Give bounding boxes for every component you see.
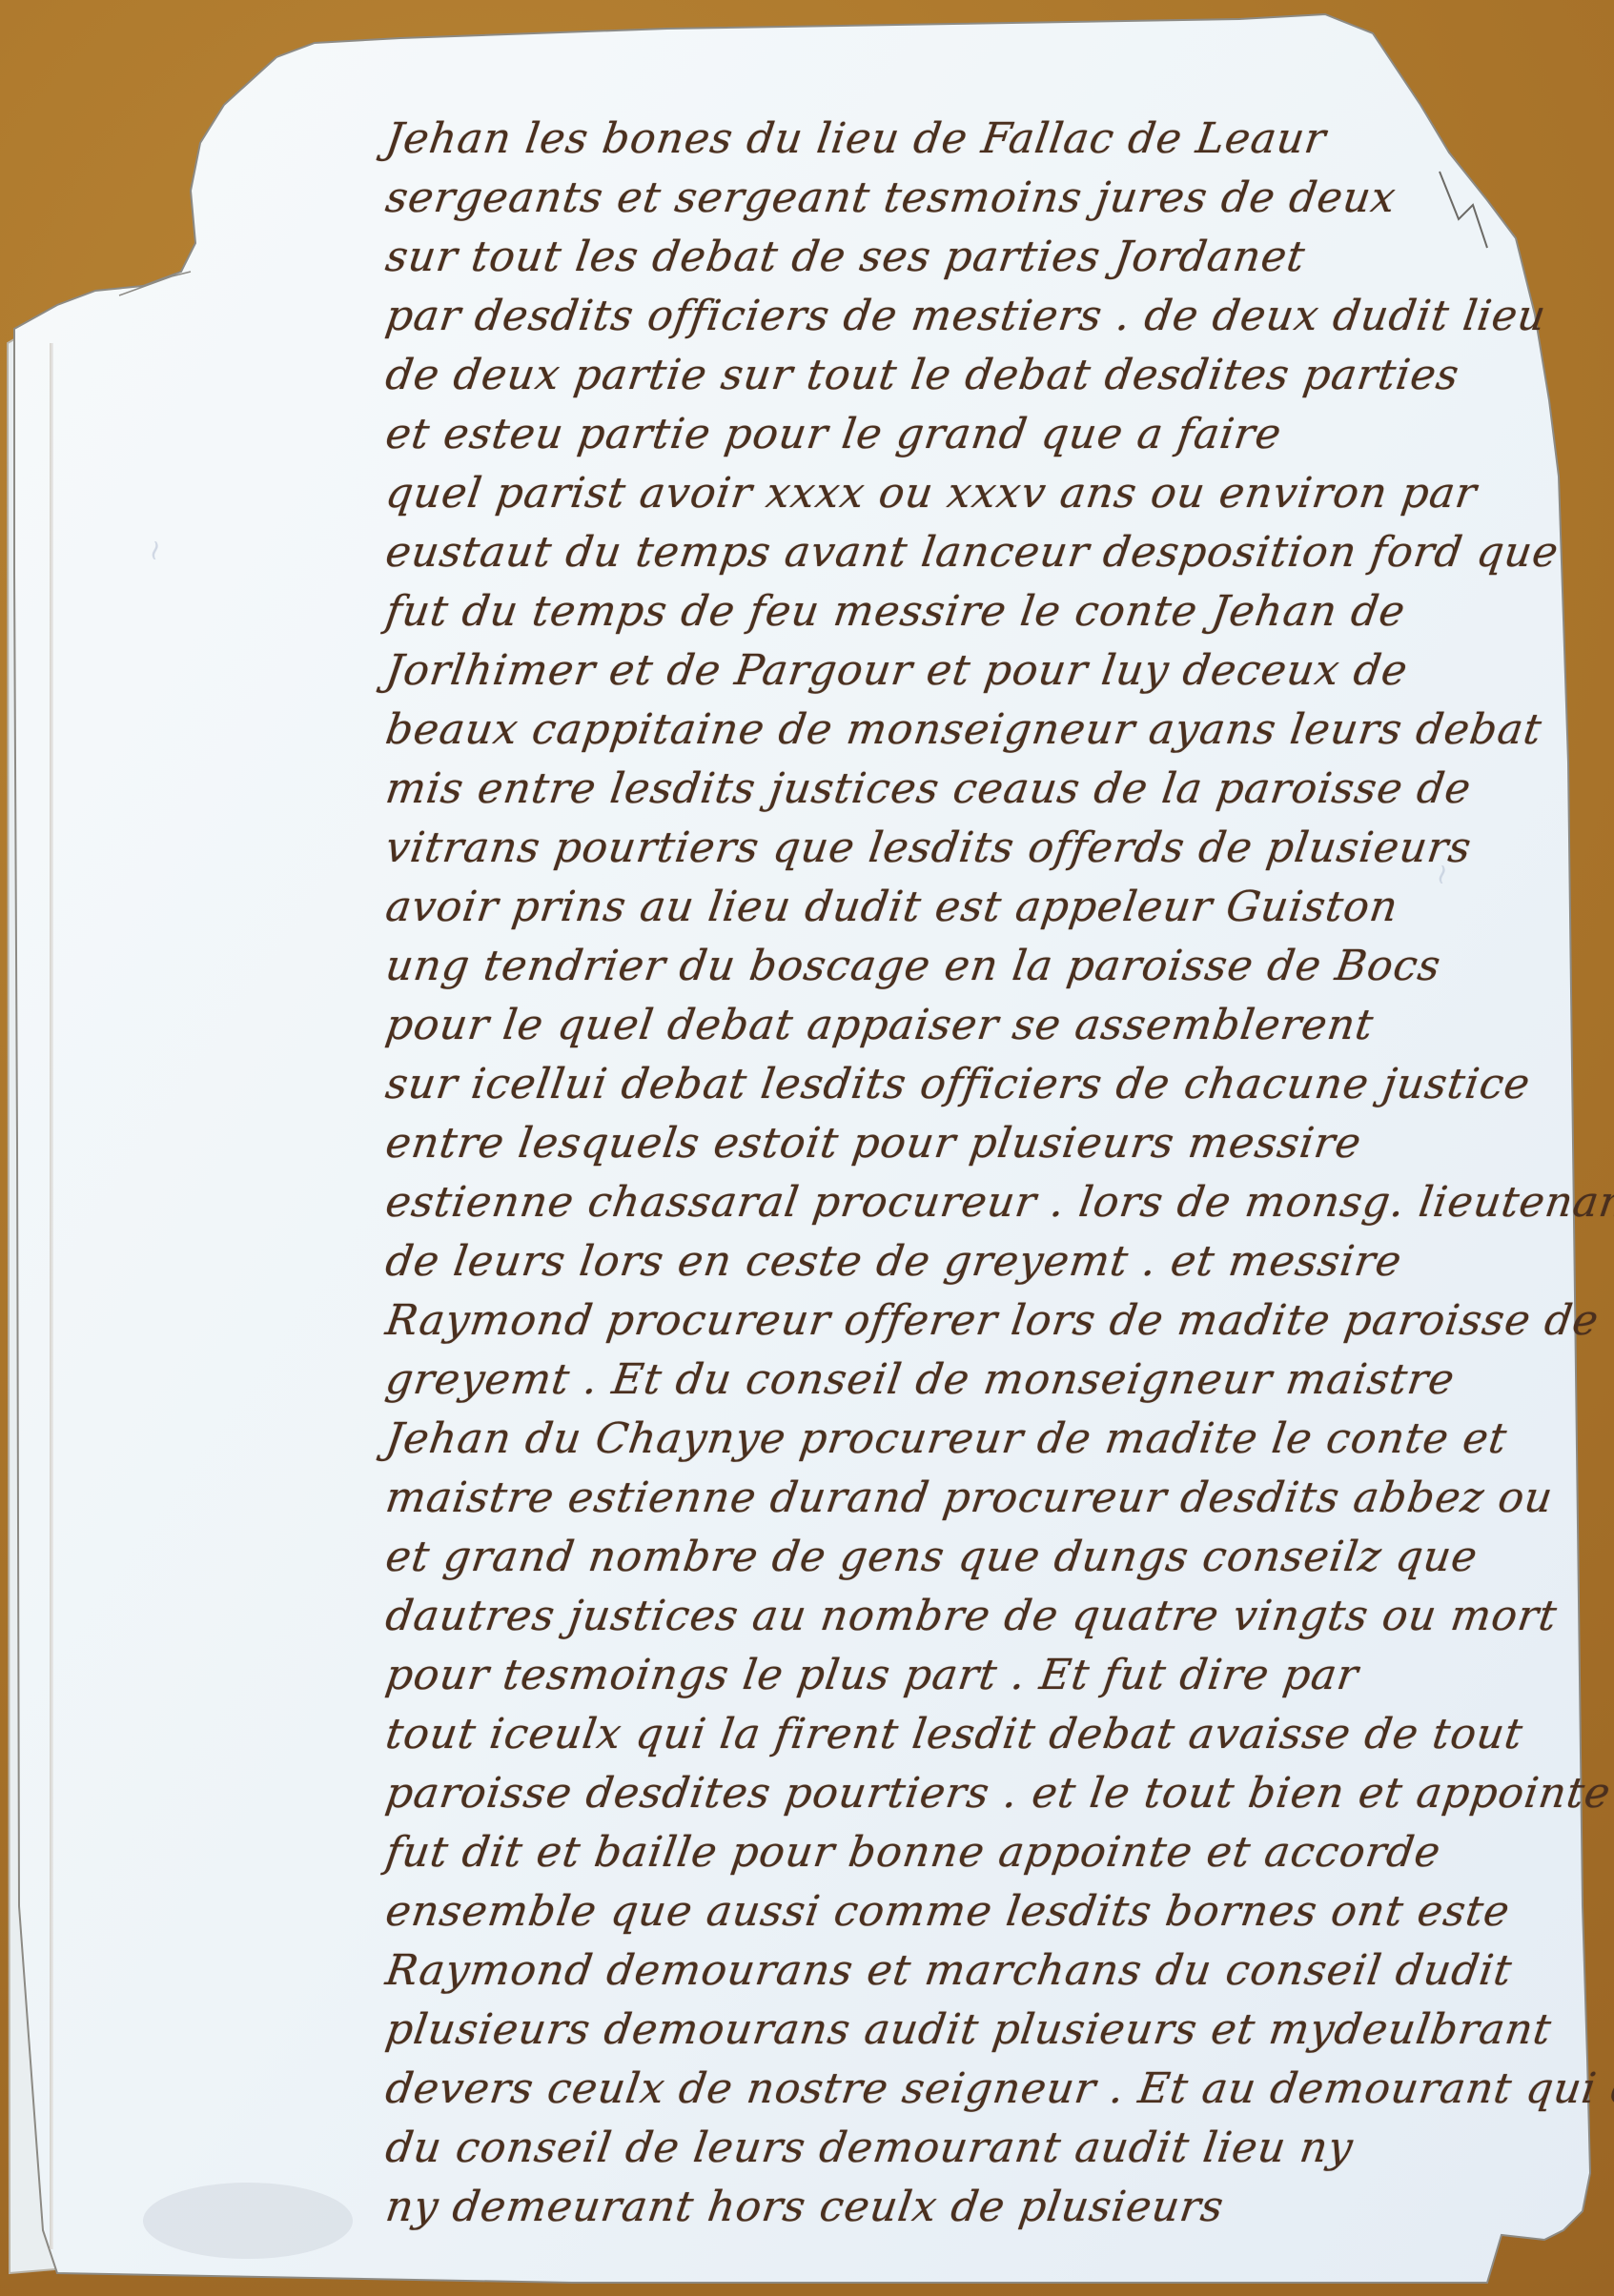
- text-line: plusieurs demourans audit plusieurs et m…: [382, 2005, 1554, 2054]
- text-line: de leurs lors en ceste de greyemt . et m…: [382, 1237, 1404, 1286]
- underlying-sheet-edge: [50, 343, 53, 2249]
- text-line: tout iceulx qui la firent lesdit debat a…: [382, 1710, 1525, 1758]
- text-line: Jehan du Chaynye procureur de madite le …: [382, 1414, 1510, 1463]
- text-line: ny demeurant hors ceulx de plusieurs: [382, 2183, 1227, 2231]
- text-line: par desdits officiers de mestiers . de d…: [382, 292, 1549, 340]
- text-line: du conseil de leurs demourant audit lieu…: [382, 2123, 1356, 2172]
- text-line: beaux cappitaine de monseigneur ayans le…: [382, 705, 1544, 754]
- text-line: mis entre lesdits justices ceaus de la p…: [382, 764, 1474, 813]
- text-line: Jehan les bones du lieu de Fallac de Lea…: [382, 114, 1329, 163]
- text-line: eustaut du temps avant lanceur despositi…: [382, 528, 1562, 577]
- text-line: Raymond procureur offerer lors de madite…: [382, 1296, 1602, 1345]
- text-line: ensemble que aussi comme lesdits bornes …: [382, 1887, 1513, 1936]
- text-line: fut du temps de feu messire le conte Jeh…: [382, 587, 1408, 636]
- text-line: de deux partie sur tout le debat desdite…: [382, 351, 1462, 399]
- text-line: paroisse desdites pourtiers . et le tout…: [382, 1769, 1614, 1818]
- text-line: entre lesquels estoit pour plusieurs mes…: [382, 1119, 1364, 1168]
- text-line: devers ceulx de nostre seigneur . Et au …: [382, 2064, 1614, 2113]
- text-line: pour tesmoings le plus part . Et fut dir…: [382, 1651, 1361, 1699]
- text-line: avoir prins au lieu dudit est appeleur G…: [382, 883, 1401, 931]
- text-line: Raymond demourans et marchans du conseil…: [382, 1946, 1515, 1995]
- text-line: dautres justices au nombre de quatre vin…: [382, 1592, 1560, 1640]
- text-line: quel parist avoir xxxx ou xxxv ans ou en…: [382, 469, 1480, 518]
- text-line: greyemt . Et du conseil de monseigneur m…: [382, 1355, 1458, 1404]
- text-line: et grand nombre de gens que dungs consei…: [382, 1533, 1481, 1581]
- text-line: estienne chassaral procureur . lors de m…: [382, 1178, 1614, 1227]
- text-line: Jorlhimer et de Pargour et pour luy dece…: [382, 646, 1411, 695]
- text-line: fut dit et baille pour bonne appointe et…: [382, 1828, 1443, 1877]
- text-line: sergeants et sergeant tesmoins jures de …: [382, 173, 1399, 222]
- text-line: vitrans pourtiers que lesdits offerds de…: [382, 823, 1474, 872]
- text-line: et esteu partie pour le grand que a fair…: [382, 410, 1284, 458]
- text-line: maistre estienne durand procureur desdit…: [382, 1473, 1556, 1522]
- text-line: sur icellui debat lesdits officiers de c…: [382, 1060, 1533, 1108]
- text-line: sur tout les debat de ses parties Jordan…: [382, 233, 1308, 281]
- text-line: ung tendrier du boscage en la paroisse d…: [382, 942, 1443, 990]
- text-line: pour le quel debat appaiser se assembler…: [382, 1001, 1377, 1049]
